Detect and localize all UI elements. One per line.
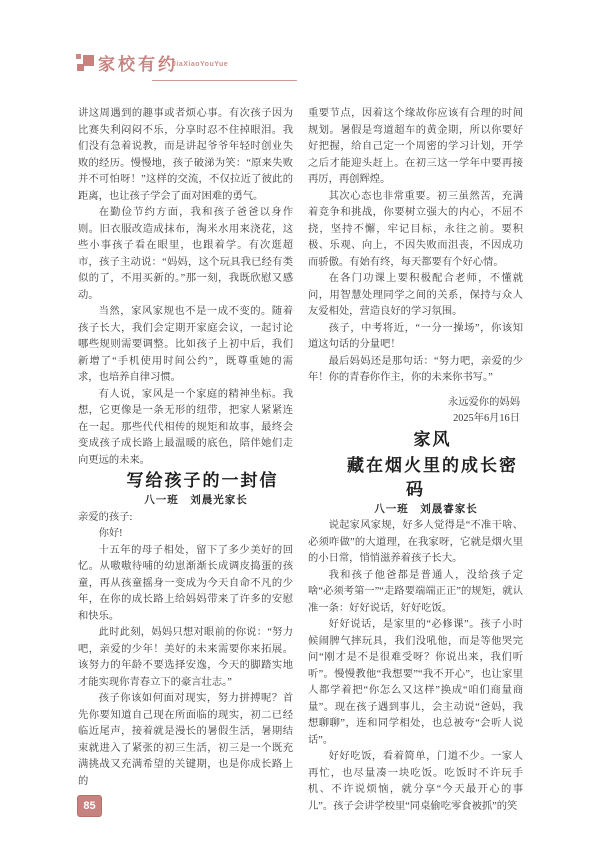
letter-greeting: 你好!: [78, 526, 293, 543]
column-right: 重要节点，因着这个缘故你应该有合理的时间规划。暑假是弯道超车的黄金期，所以你要好…: [308, 106, 523, 815]
column-left: 讲这周遇到的趣事或者烦心事。有次孩子因为比赛失利闷闷不乐，分享时忍不住掉眼泪。我…: [78, 106, 293, 790]
paragraph: 我和孩子他爸都是普通人，没给孩子定啥“必须考第一”“走路要端端正正”的规矩，就认…: [308, 568, 523, 618]
article-title-line2: 藏在烟火里的成长密码: [308, 454, 523, 502]
signoff-date: 2025年6月16日: [308, 411, 523, 428]
paragraph: 此时此刻，妈妈只想对眼前的你说：“努力吧，亲爱的少年！美好的未来需要你来拓展。该…: [78, 625, 293, 691]
article-byline: 八一班 刘晨光家长: [78, 493, 293, 510]
brand-subtitle: JiaXiaoYouYue: [172, 61, 228, 68]
article-title: 写给孩子的一封信: [78, 469, 293, 493]
paragraph: 好好吃饭，看着简单，门道不少。一家人再忙，也尽量凑一块吃饭。吃饭时不许玩手机、不…: [308, 749, 523, 815]
paragraph: 在勤俭节约方面，我和孩子爸爸以身作则。旧衣服改造成抹布，淘米水用来浇花，这些小事…: [78, 205, 293, 304]
paragraph: 孩子你该如何面对现实，努力拼搏呢？首先你要知道自己现在所面临的现实，初二已经临近…: [78, 691, 293, 790]
page-number-badge: 85: [77, 795, 102, 817]
paragraph: 重要节点，因着这个缘故你应该有合理的时间规划。暑假是弯道超车的黄金期，所以你要好…: [308, 106, 523, 189]
paragraph: 好好说话，是家里的“必修课”。孩子小时候闹脾气摔玩具，我们没吼他，而是等他哭完问…: [308, 617, 523, 749]
article-title: 家风: [308, 428, 523, 452]
paragraph: 孩子，中考将近，“一分一操场”，你该知道这句话的分量吧！: [308, 321, 523, 354]
article-byline: 八一班 刘晟睿家长: [308, 502, 523, 519]
paragraph: 讲这周遇到的趣事或者烦心事。有次孩子因为比赛失利闷闷不乐，分享时忍不住掉眼泪。我…: [78, 106, 293, 205]
signoff-name: 永远爱你的妈妈: [308, 395, 523, 412]
magazine-logo-icon: [76, 52, 94, 74]
paragraph: 其次心态也非常重要。初三虽然苦，充满着竞争和挑战，你要树立强大的内心，不屈不挠，…: [308, 189, 523, 272]
paragraph: 说起家风家规，好多人觉得是“不准干啥、必须咋做”的大道理，在我家呀，它就是烟火里…: [308, 518, 523, 568]
letter-salutation: 亲爱的孩子:: [78, 510, 293, 527]
magazine-page: 家校有约 JiaXiaoYouYue 讲这周遇到的趣事或者烦心事。有次孩子因为比…: [0, 0, 600, 849]
brand-title: 家校有约: [98, 50, 178, 75]
paragraph: 十五年的母子相处，留下了多少美好的回忆。从嗷嗷待哺的幼崽渐渐长成调皮捣蛋的孩童，…: [78, 543, 293, 626]
paragraph: 有人说，家风是一个家庭的精神坐标。我想，它更像是一条无形的纽带，把家人紧紧连在一…: [78, 387, 293, 470]
paragraph: 在各门功课上要积极配合老师，不懂就问，用智慧处理同学之间的关系，保持与众人友爱相…: [308, 271, 523, 321]
header-rule: [152, 80, 297, 81]
paragraph: 当然，家风家规也不是一成不变的。随着孩子长大，我们会定期开家庭会议，一起讨论哪些…: [78, 304, 293, 387]
paragraph: 最后妈妈还是那句话：“努力吧，亲爱的少年！你的青春你作主，你的未来你书写。”: [308, 354, 523, 387]
